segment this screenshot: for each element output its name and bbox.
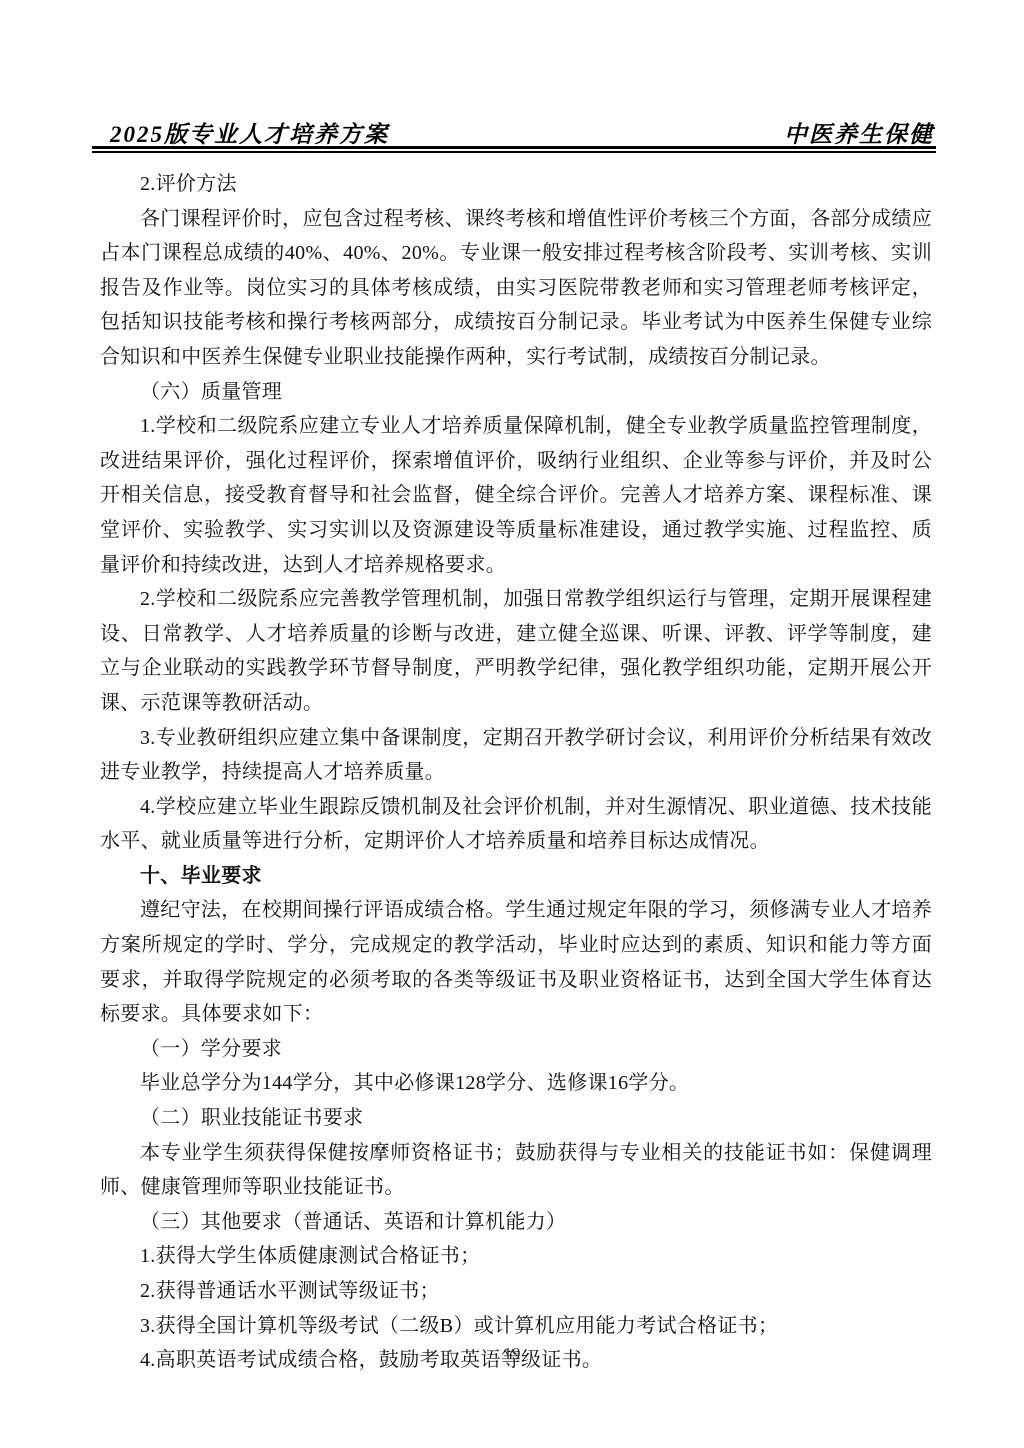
- subheading-vocational-certificate: （二）职业技能证书要求: [100, 1101, 932, 1136]
- paragraph-quality-4: 4.学校应建立毕业生跟踪反馈机制及社会评价机制，并对生源情况、职业道德、技术技能…: [100, 790, 932, 859]
- header-right-title: 中医养生保健: [784, 116, 936, 149]
- subheading-quality-management: （六）质量管理: [100, 375, 932, 410]
- subheading-credit-requirements: （一）学分要求: [100, 1032, 932, 1067]
- list-item-computer-certificate: 3.获得全国计算机等级考试（二级B）或计算机应用能力考试合格证书；: [100, 1309, 932, 1344]
- subheading-evaluation-method: 2.评价方法: [100, 167, 932, 202]
- running-header: 2025版专业人才培养方案 中医养生保健: [92, 116, 936, 149]
- paragraph-quality-3: 3.专业教研组织应建立集中备课制度，定期召开教学研讨会议，利用评价分析结果有效改…: [100, 721, 932, 790]
- header-left-title: 2025版专业人才培养方案: [92, 116, 389, 149]
- heading-graduation-requirements: 十、毕业要求: [100, 859, 932, 894]
- paragraph-course-evaluation: 各门课程评价时，应包含过程考核、课终考核和增值性评价考核三个方面，各部分成绩应占…: [100, 202, 932, 375]
- paragraph-credit-detail: 毕业总学分为144学分，其中必修课128学分、选修课16学分。: [100, 1066, 932, 1101]
- page-number: 19: [0, 1344, 1024, 1364]
- header-double-rule: [92, 146, 936, 153]
- list-item-fitness-certificate: 1.获得大学生体质健康测试合格证书；: [100, 1239, 932, 1274]
- document-page: 2025版专业人才培养方案 中医养生保健 2.评价方法 各门课程评价时，应包含过…: [0, 0, 1024, 1448]
- paragraph-quality-1: 1.学校和二级院系应建立专业人才培养质量保障机制，健全专业教学质量监控管理制度，…: [100, 409, 932, 582]
- paragraph-certificate-detail: 本专业学生须获得保健按摩师资格证书；鼓励获得与专业相关的技能证书如：保健调理师、…: [100, 1136, 932, 1205]
- paragraph-quality-2: 2.学校和二级院系应完善教学管理机制，加强日常教学组织运行与管理，定期开展课程建…: [100, 582, 932, 720]
- paragraph-graduation-overview: 遵纪守法，在校期间操行评语成绩合格。学生通过规定年限的学习，须修满专业人才培养方…: [100, 893, 932, 1031]
- list-item-mandarin-certificate: 2.获得普通话水平测试等级证书；: [100, 1274, 932, 1309]
- document-body: 2.评价方法 各门课程评价时，应包含过程考核、课终考核和增值性评价考核三个方面，…: [100, 167, 932, 1378]
- subheading-other-requirements: （三）其他要求（普通话、英语和计算机能力）: [100, 1205, 932, 1240]
